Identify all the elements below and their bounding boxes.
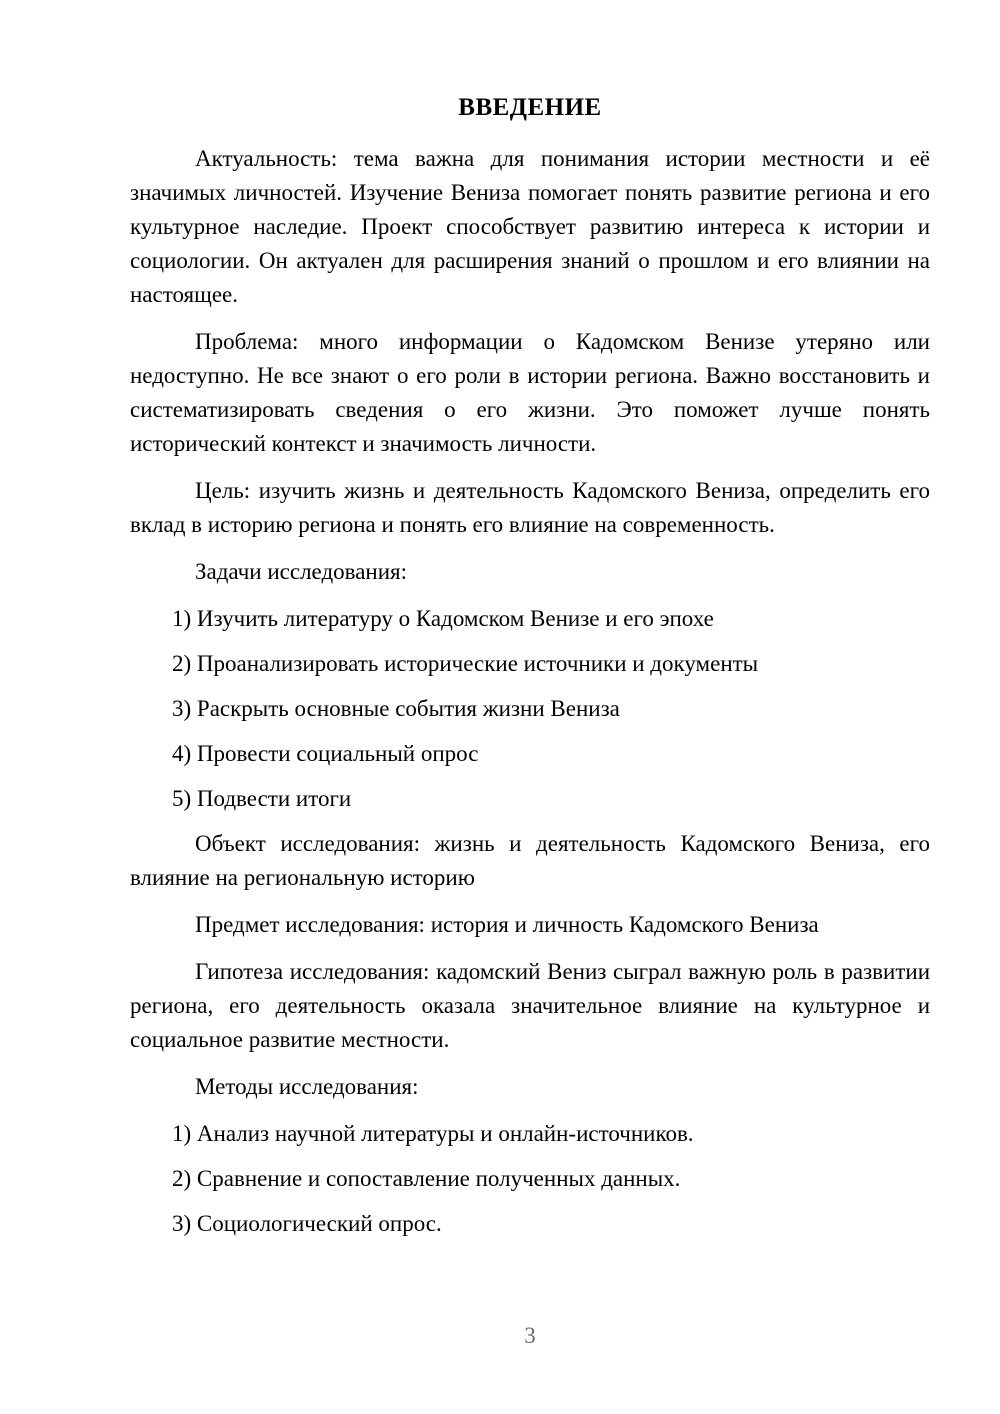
methods-section-header: Методы исследования: bbox=[130, 1070, 930, 1104]
task-list-item-5: 5) Подвести итоги bbox=[130, 782, 930, 816]
task-list-item-4: 4) Провести социальный опрос bbox=[130, 737, 930, 771]
paragraph-object: Объект исследования: жизнь и деятельност… bbox=[130, 827, 930, 895]
page-number: 3 bbox=[130, 1322, 930, 1350]
task-list-item-3: 3) Раскрыть основные события жизни Вениз… bbox=[130, 692, 930, 726]
paragraph-subject: Предмет исследования: история и личность… bbox=[130, 908, 930, 942]
document-page-content: ВВЕДЕНИЕ Актуальность: тема важна для по… bbox=[130, 90, 930, 1252]
method-list-item-1: 1) Анализ научной литературы и онлайн-ис… bbox=[130, 1117, 930, 1151]
task-list-item-1: 1) Изучить литературу о Кадомском Венизе… bbox=[130, 602, 930, 636]
task-list-item-2: 2) Проанализировать исторические источни… bbox=[130, 647, 930, 681]
method-list-item-3: 3) Социологический опрос. bbox=[130, 1207, 930, 1241]
paragraph-hypothesis: Гипотеза исследования: кадомский Вениз с… bbox=[130, 955, 930, 1057]
method-list-item-2: 2) Сравнение и сопоставление полученных … bbox=[130, 1162, 930, 1196]
tasks-section-header: Задачи исследования: bbox=[130, 555, 930, 589]
paragraph-relevance: Актуальность: тема важна для понимания и… bbox=[130, 142, 930, 312]
paragraph-problem: Проблема: много информации о Кадомском В… bbox=[130, 325, 930, 461]
page-title: ВВЕДЕНИЕ bbox=[130, 90, 930, 125]
paragraph-goal: Цель: изучить жизнь и деятельность Кадом… bbox=[130, 474, 930, 542]
